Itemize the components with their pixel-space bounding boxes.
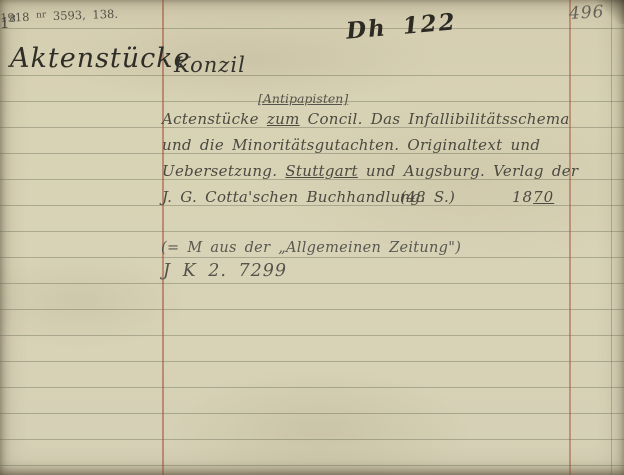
accession-abbr: nr xyxy=(36,10,46,20)
title-line-3-rest: und Augsburg. Verlag der xyxy=(358,162,579,180)
title-line-1-text: Actenstücke xyxy=(162,110,267,128)
subject-annotation: [Antipapisten] xyxy=(258,91,348,106)
ruled-line xyxy=(0,465,624,466)
year-digits-underlined: 70 xyxy=(533,188,554,206)
ruled-line xyxy=(0,413,624,414)
heading-aktenstuecke: Aktenstücke xyxy=(10,43,191,74)
page-number: 496 xyxy=(569,2,605,24)
ruled-line xyxy=(0,387,624,388)
ruled-line xyxy=(0,283,624,284)
title-line-3-underlined: Stuttgart xyxy=(285,162,357,180)
card-edge-line xyxy=(611,0,612,475)
subject-konzil: Konzil xyxy=(174,53,246,77)
ruled-line xyxy=(0,257,624,258)
ruled-line xyxy=(0,361,624,362)
title-line-1-underlined: zum xyxy=(267,110,300,128)
right-margin-line xyxy=(569,0,571,475)
extent-pages: (48 S.) xyxy=(400,188,455,206)
ruled-line xyxy=(0,309,624,310)
title-line-3-text: Uebersetzung. xyxy=(162,162,285,180)
ruled-line xyxy=(0,439,624,440)
accession-number: 3593, 138. xyxy=(53,7,119,23)
title-line-1-rest: Concil. Das Infallibilitätsschema xyxy=(300,110,570,128)
ruled-line xyxy=(0,28,624,29)
year-digits: 18 xyxy=(512,188,533,206)
catalog-card: 496 Dh 122 Aktenstücke Konzil 1918 nr 35… xyxy=(0,0,624,475)
source-note: (= M aus der „Allgemeinen Zeitung") xyxy=(161,240,461,256)
accession-year: 1918 xyxy=(0,10,30,25)
publication-year: 1870 xyxy=(512,188,554,206)
ruled-line xyxy=(0,75,624,76)
ruled-line xyxy=(0,335,624,336)
shelfmark: J K 2. 7299 xyxy=(163,261,287,281)
title-line-4: J. G. Cotta'schen Buchhandlung. xyxy=(162,188,425,206)
title-line-2: und die Minoritätsgutachten. Originaltex… xyxy=(162,136,540,154)
title-line-3: Uebersetzung. Stuttgart und Augsburg. Ve… xyxy=(162,162,578,180)
title-line-1: Actenstücke zum Concil. Das Infallibilit… xyxy=(162,110,570,128)
ruled-line xyxy=(0,231,624,232)
